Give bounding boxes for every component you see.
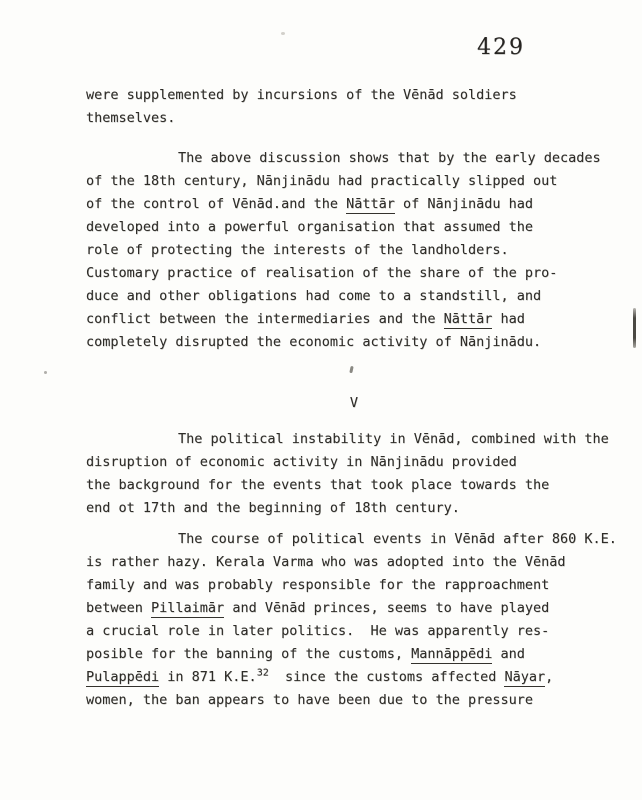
text-segment: of the 18th century, Nānjinādu had pract…	[86, 173, 557, 189]
text-segment: a crucial role in later politics. He was…	[86, 623, 549, 639]
text-line: themselves.	[86, 107, 606, 130]
text-line: The course of political events in Vēnād …	[86, 528, 606, 551]
text-line: of the 18th century, Nānjinādu had pract…	[86, 170, 606, 193]
text-flow: were supplemented by incursions of the V…	[86, 84, 606, 712]
underlined-term: Mannāppēdi	[411, 646, 492, 664]
text-segment: role of protecting the interests of the …	[86, 242, 509, 258]
text-segment: developed into a powerful organisation t…	[86, 219, 533, 235]
underlined-term: Pillaimār	[151, 600, 224, 618]
paragraph: The above discussion shows that by the e…	[86, 147, 606, 354]
text-line: women, the ban appears to have been due …	[86, 689, 606, 712]
text-segment: women, the ban appears to have been due …	[86, 692, 533, 708]
text-segment: the background for the events that took …	[86, 477, 549, 493]
text-line: between Pillaimār and Vēnād princes, see…	[86, 597, 606, 620]
text-segment: and	[492, 646, 525, 662]
text-line: posible for the banning of the customs, …	[86, 643, 606, 666]
paragraph: The political instability in Vēnād, comb…	[86, 428, 606, 520]
text-line: conflict between the intermediaries and …	[86, 308, 606, 331]
underlined-term: Nāttār	[346, 196, 395, 214]
text-segment: end ot 17th and the beginning of 18th ce…	[86, 500, 460, 516]
page-number: 429	[477, 35, 525, 60]
text-segment: between	[86, 600, 151, 616]
text-line: duce and other obligations had come to a…	[86, 285, 606, 308]
underlined-term: Pulappēdi	[86, 669, 159, 687]
footnote-ref: 32	[257, 668, 269, 679]
text-line: the background for the events that took …	[86, 474, 606, 497]
text-segment: and Vēnād princes, seems to have played	[224, 600, 549, 616]
text-segment: since the customs affected	[269, 669, 505, 685]
text-segment: were supplemented by incursions of the V…	[86, 87, 517, 103]
text-segment: The above discussion shows that by the e…	[178, 150, 601, 166]
text-line: developed into a powerful organisation t…	[86, 216, 606, 239]
text-segment: of the control of Vēnād.and the	[86, 196, 346, 212]
text-segment: is rather hazy. Kerala Varma who was ado…	[86, 554, 566, 570]
text-line: completely disrupted the economic activi…	[86, 331, 606, 354]
text-segment: Customary practice of realisation of the…	[86, 265, 557, 281]
scan-mark-right-edge	[633, 308, 636, 348]
text-segment: in 871 K.E.	[159, 669, 257, 685]
underlined-term: Nāttār	[444, 311, 493, 329]
text-segment: The course of political events in Vēnād …	[178, 531, 617, 547]
text-line: The above discussion shows that by the e…	[86, 147, 606, 170]
text-segment: of Nānjinādu had	[395, 196, 533, 212]
text-segment: ,	[545, 669, 553, 685]
text-line: is rather hazy. Kerala Varma who was ado…	[86, 551, 606, 574]
text-line: Customary practice of realisation of the…	[86, 262, 606, 285]
text-line: of the control of Vēnād.and the Nāttār o…	[86, 193, 606, 216]
text-segment: had	[492, 311, 525, 327]
text-line: were supplemented by incursions of the V…	[86, 84, 606, 107]
text-segment: completely disrupted the economic activi…	[86, 334, 541, 350]
text-line: The political instability in Vēnād, comb…	[86, 428, 606, 451]
text-line: family and was probably responsible for …	[86, 574, 606, 597]
text-line: end ot 17th and the beginning of 18th ce…	[86, 497, 606, 520]
text-segment: The political instability in Vēnād, comb…	[178, 431, 609, 447]
paragraph: were supplemented by incursions of the V…	[86, 84, 606, 130]
text-segment: posible for the banning of the customs,	[86, 646, 411, 662]
scanned-document-page: 429 were supplemented by incursions of t…	[0, 0, 642, 800]
scan-speck-faint	[281, 32, 285, 35]
underlined-term: Nāyar	[504, 669, 545, 687]
text-segment: duce and other obligations had come to a…	[86, 288, 541, 304]
paragraph: The course of political events in Vēnād …	[86, 528, 606, 712]
text-line: role of protecting the interests of the …	[86, 239, 606, 262]
text-segment: family and was probably responsible for …	[86, 577, 549, 593]
text-line: Pulappēdi in 871 K.E.32 since the custom…	[86, 666, 606, 689]
text-segment: disruption of economic activity in Nānji…	[86, 454, 517, 470]
text-line: disruption of economic activity in Nānji…	[86, 451, 606, 474]
text-segment: themselves.	[86, 110, 175, 126]
text-segment: conflict between the intermediaries and …	[86, 311, 444, 327]
section-heading: V	[86, 392, 606, 415]
scan-speck-dot	[44, 371, 47, 374]
text-line: a crucial role in later politics. He was…	[86, 620, 606, 643]
